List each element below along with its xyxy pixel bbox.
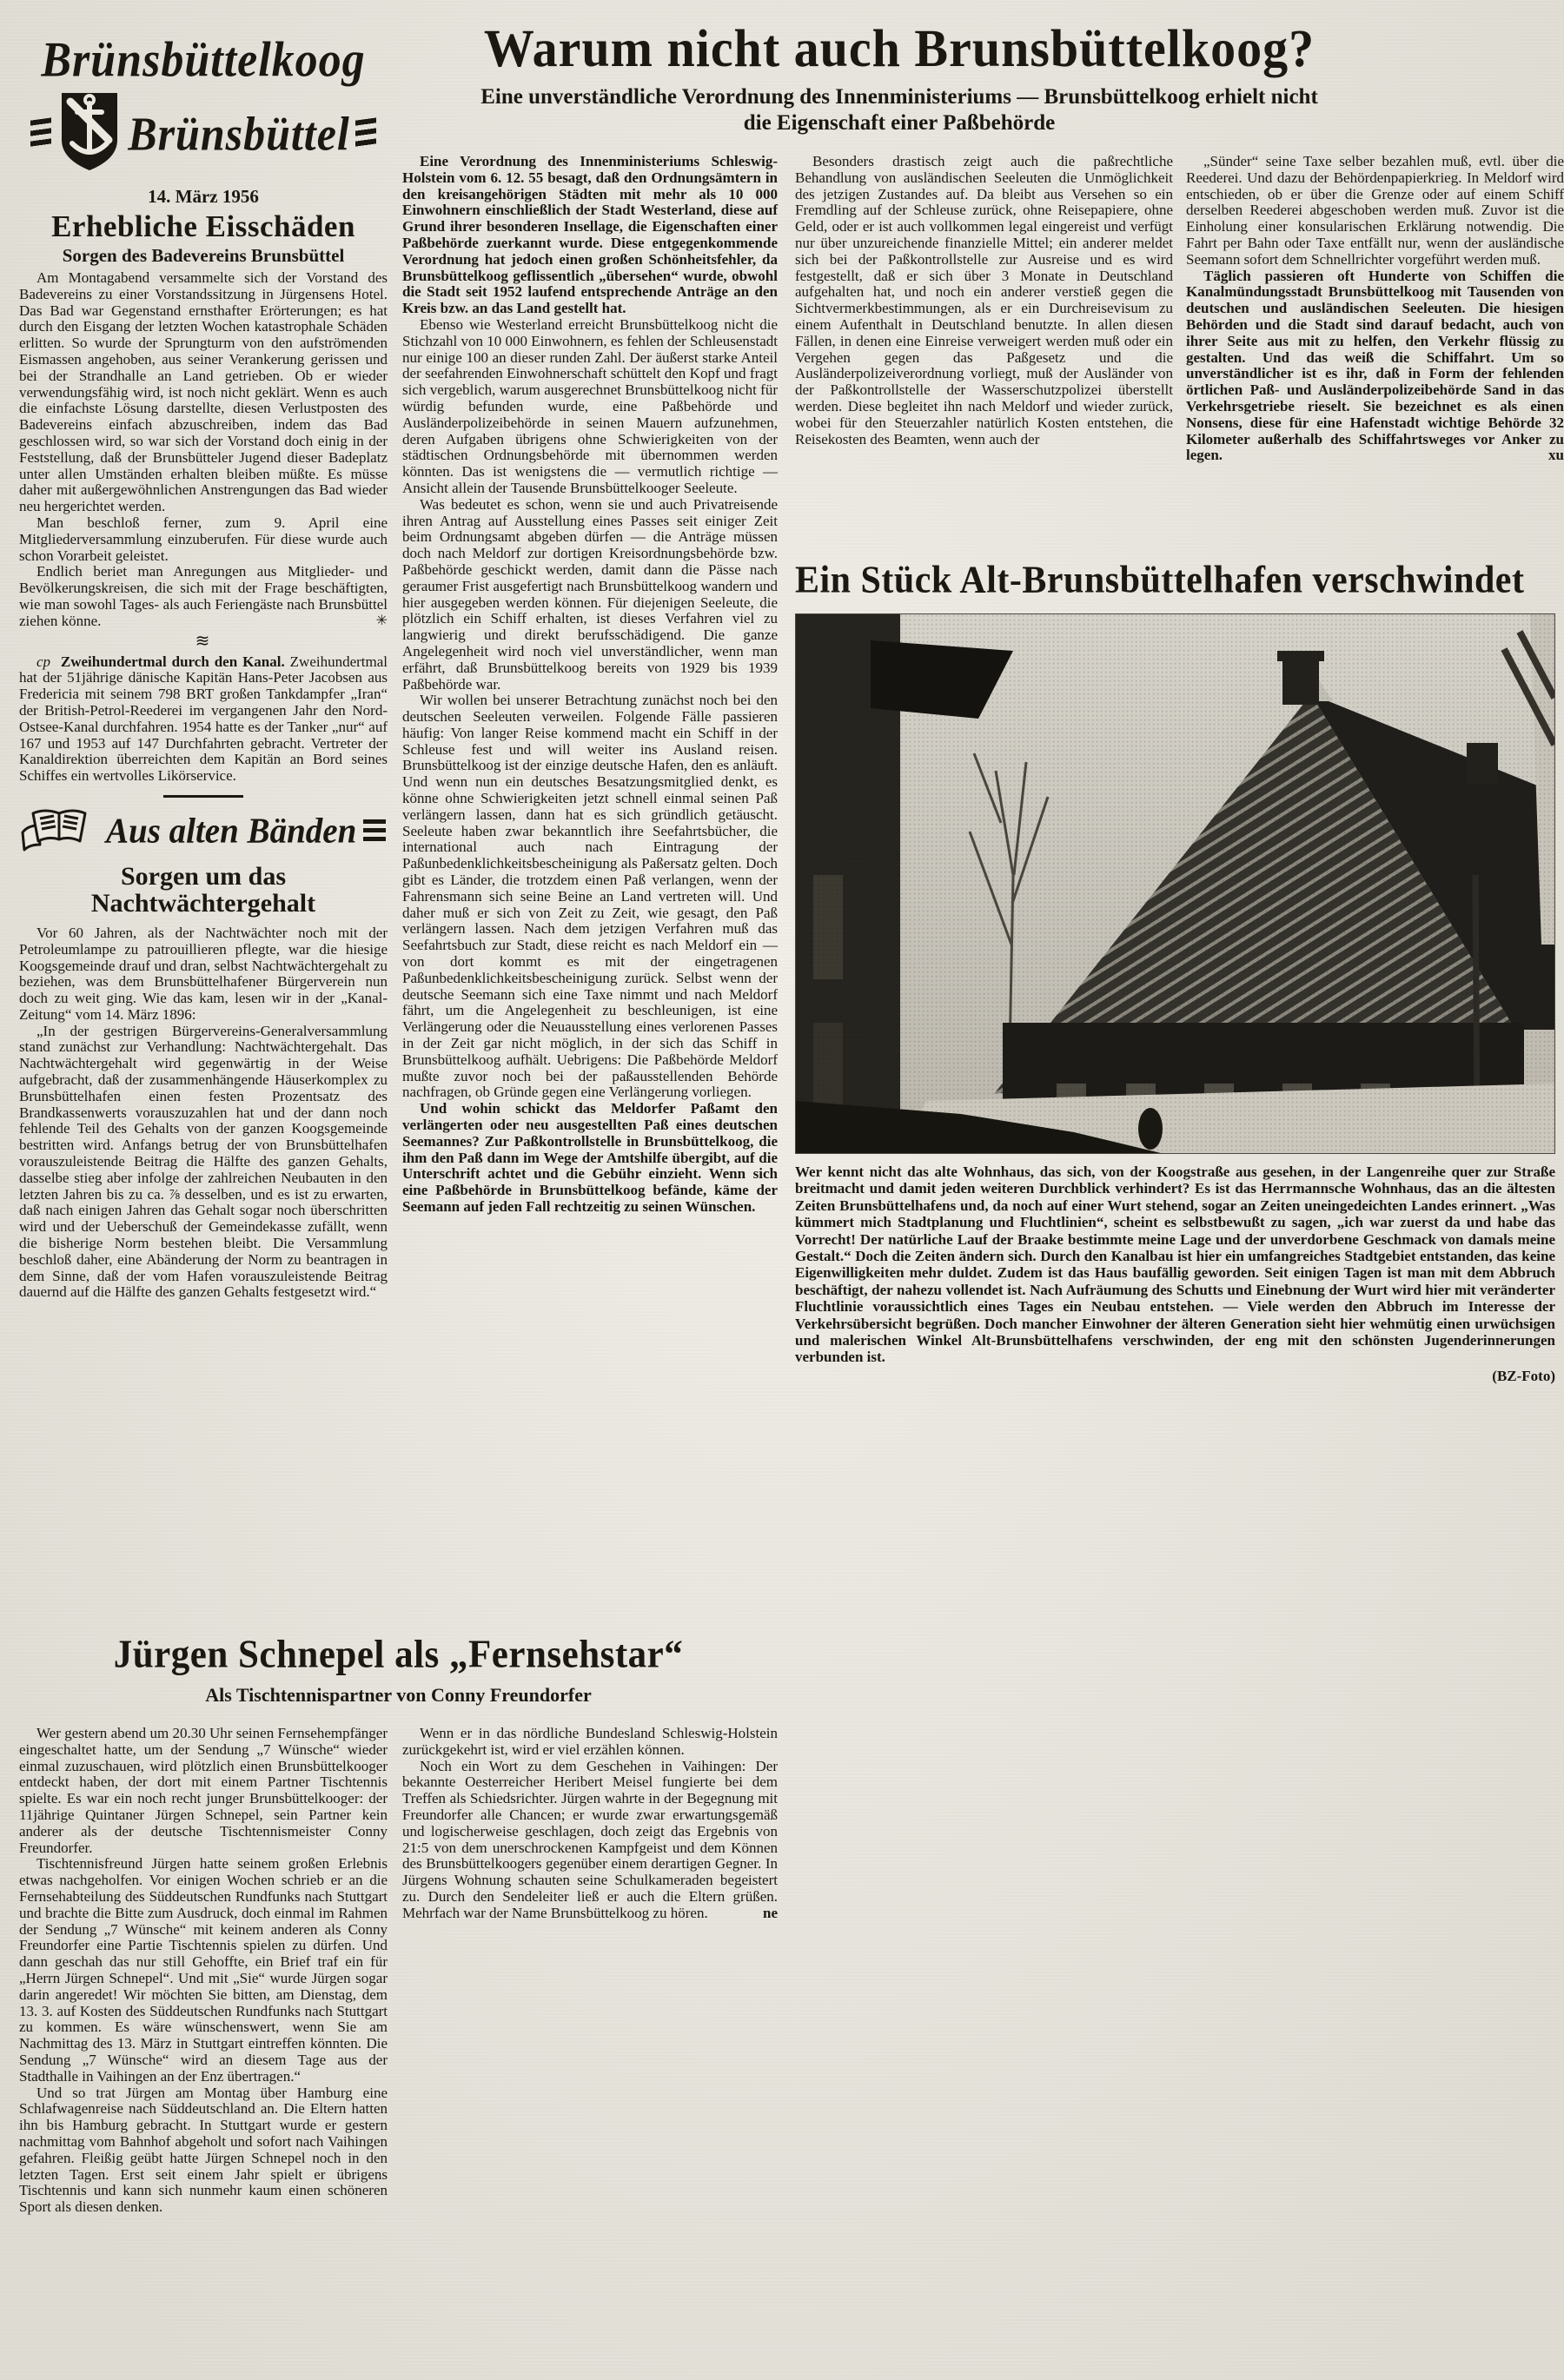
main-article-column-3: „Sünder“ seine Taxe selber bezahlen muß,…	[1186, 154, 1564, 464]
bottom-article-header: Jürgen Schnepel als „Fernsehstar“ Als Ti…	[19, 1634, 778, 1707]
open-book-icon	[19, 806, 99, 856]
masthead-flourish-right	[355, 117, 376, 149]
bottom-headline: Jürgen Schnepel als „Fernsehstar“	[19, 1633, 778, 1677]
masthead-title-line1: Brünsbüttelkoog	[19, 32, 388, 89]
author-signature-ne: ne	[751, 1906, 778, 1922]
article2-body: cp Zweihundertmal durch den Kanal. Zweih…	[19, 654, 388, 785]
bottom-paragraph: Noch ein Wort zu dem Geschehen in Vaihin…	[402, 1759, 778, 1922]
main-paragraph: Was bedeutet es schon, wenn sie und auch…	[402, 497, 778, 693]
main-paragraph: „Sünder“ seine Taxe selber bezahlen muß,…	[1186, 154, 1564, 268]
section-rule	[163, 795, 243, 798]
article2-paragraph: cp Zweihundertmal durch den Kanal. Zweih…	[19, 654, 388, 785]
article1-paragraph: Endlich beriet man Anregungen aus Mitgli…	[19, 564, 388, 629]
bottom-subhead: Als Tischtennispartner von Conny Freundo…	[19, 1684, 778, 1707]
main-intro-paragraph: Eine Verordnung des Innenministeriums Sc…	[402, 154, 778, 317]
article3-headline: Sorgen um das Nachtwächtergehalt	[19, 863, 388, 917]
main-paragraph: Ebenso wie Westerland erreicht Brunsbütt…	[402, 317, 778, 497]
main-paragraph: Besonders drastisch zeigt auch die paßre…	[795, 154, 1173, 447]
photo-credit: (BZ-Foto)	[795, 1368, 1555, 1384]
article1-paragraph: Am Montagabend versammelte sich der Vors…	[19, 270, 388, 515]
article3-paragraph: Vor 60 Jahren, als der Nachtwächter noch…	[19, 925, 388, 1024]
bottom-article-column-2: Wenn er in das nördliche Bundesland Schl…	[402, 1726, 778, 1922]
photo-feature: Ein Stück Alt-Brunsbüttelhafen verschwin…	[795, 560, 1560, 1384]
article2-agency-abbr: cp	[36, 653, 50, 670]
bottom-paragraph: Wer gestern abend um 20.30 Uhr seinen Fe…	[19, 1726, 388, 1856]
halftone-overlay	[796, 614, 1554, 1153]
article3-paragraph: „In der gestrigen Bürgervereins-Generalv…	[19, 1024, 388, 1302]
news-photo	[795, 613, 1555, 1154]
main-paragraph: Wir wollen bei unserer Betrachtung zunäc…	[402, 693, 778, 1101]
article3-headline-line2: Nachtwächtergehalt	[91, 889, 315, 918]
left-column: Brünsbüttelkoog Brünsbüttel 14. März 195…	[19, 0, 388, 1301]
main-subhead-line2: die Eigenschaft einer Paßbehörde	[744, 111, 1056, 135]
photo-caption: Wer kennt nicht das alte Wohnhaus, das s…	[795, 1163, 1555, 1384]
masthead-title-line2: Brünsbüttel	[128, 106, 350, 162]
aab-ribbon-mark	[363, 819, 386, 842]
photo-caption-text: Wer kennt nicht das alte Wohnhaus, das s…	[795, 1163, 1555, 1365]
bottom-article-column-1: Wer gestern abend um 20.30 Uhr seinen Fe…	[19, 1726, 388, 2216]
author-signature-xu: xu	[1536, 447, 1564, 464]
article2-bold-lead: Zweihundertmal durch den Kanal.	[61, 653, 285, 670]
main-headline: Warum nicht auch Brunsbüttelkoog?	[400, 17, 1399, 78]
anchor-shield-logo	[56, 89, 123, 177]
bottom-paragraph: Tischtennisfreund Jürgen hatte seinem gr…	[19, 1856, 388, 2085]
bottom-paragraph: Und so trat Jürgen am Montag über Hambur…	[19, 2085, 388, 2216]
asterisk-end-mark: ✳	[376, 613, 388, 630]
masthead-row2: Brünsbüttel	[19, 89, 388, 177]
main-article-column-2: Besonders drastisch zeigt auch die paßre…	[795, 154, 1173, 447]
issue-date: 14. März 1956	[19, 186, 388, 208]
main-article-column-1: Eine Verordnung des Innenministeriums Sc…	[402, 154, 778, 1216]
article3-headline-line1: Sorgen um das	[121, 862, 286, 891]
squiggle-glyph: ≋	[195, 632, 212, 651]
main-subhead-line1: Eine unverständliche Verordnung des Inne…	[480, 85, 1318, 109]
masthead-flourish-left	[30, 117, 51, 149]
main-article-header: Warum nicht auch Brunsbüttelkoog? Eine u…	[400, 19, 1399, 136]
main-bold-paragraph: Und wohin schickt das Meldorfer Paßamt d…	[402, 1101, 778, 1216]
article1-subhead: Sorgen des Badevereins Brunsbüttel	[19, 245, 388, 267]
article3-body: Vor 60 Jahren, als der Nachtwächter noch…	[19, 925, 388, 1301]
main-closing-paragraph: Täglich passieren oft Hunderte von Schif…	[1186, 268, 1564, 465]
article1-headline: Erhebliche Eisschäden	[19, 209, 388, 244]
aus-alten-baenden-header: Aus alten Bänden	[19, 806, 388, 856]
bottom-paragraph: Wenn er in das nördliche Bundesland Schl…	[402, 1726, 778, 1759]
feature-headline: Ein Stück Alt-Brunsbüttelhafen verschwin…	[795, 559, 1560, 602]
article2-text: Zweihundertmal hat der 51jährige dänisch…	[19, 653, 388, 785]
aus-alten-baenden-title: Aus alten Bänden	[106, 811, 356, 852]
main-subhead: Eine unverständliche Verordnung des Inne…	[400, 84, 1399, 136]
article1-paragraph: Man beschloß ferner, zum 9. April eine M…	[19, 515, 388, 564]
main-closing-text: Täglich passieren oft Hunderte von Schif…	[1186, 268, 1564, 464]
article1-body: Am Montagabend versammelte sich der Vors…	[19, 270, 388, 630]
article1-paragraph-text: Endlich beriet man Anregungen aus Mitgli…	[19, 563, 388, 628]
squiggle-divider: ≋	[19, 635, 388, 647]
bottom-paragraph-text: Noch ein Wort zu dem Geschehen in Vaihin…	[402, 1758, 778, 1921]
